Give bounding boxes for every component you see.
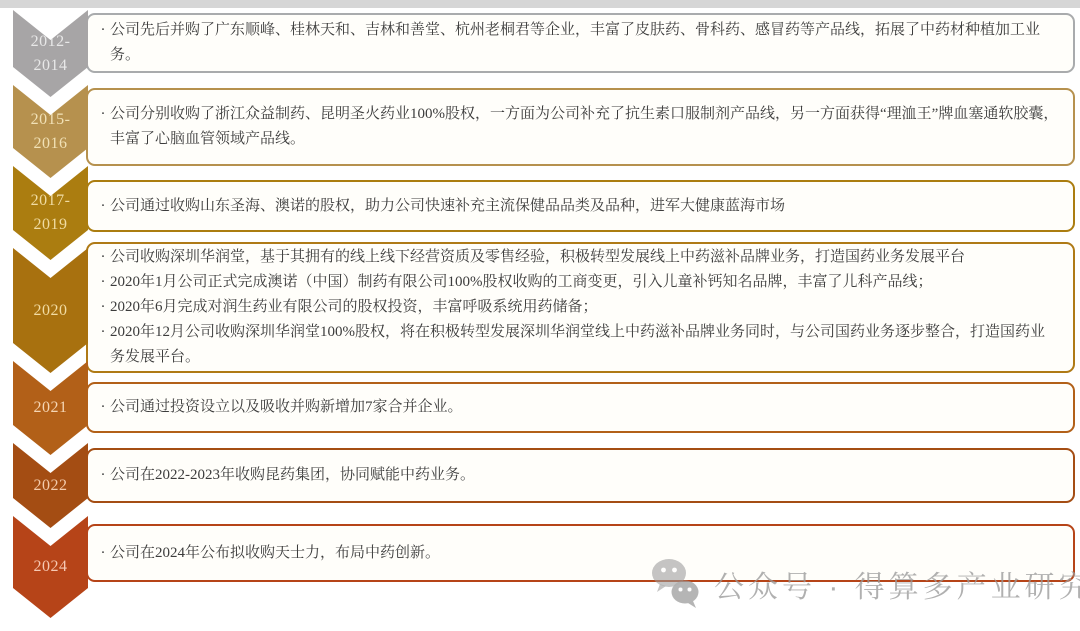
timeline-arrow-2012-2014: 2012-2014 [13, 10, 88, 97]
timeline-arrow-2020: 2020 [13, 248, 88, 373]
year-label-2024: 2024 [34, 555, 68, 579]
milestone-bullet: 公司在2022-2023年收购昆药集团，协同赋能中药业务。 [96, 463, 1059, 488]
milestone-box-2017-2019: 公司通过收购山东圣海、澳诺的股权，助力公司快速补充主流保健品品类及品种，进军大健… [86, 180, 1075, 232]
bullet-dot [96, 194, 110, 219]
milestone-bullet: 公司在2024年公布拟收购天士力，布局中药创新。 [96, 541, 1059, 566]
bullet-dot [96, 463, 110, 488]
milestone-text: 公司分别收购了浙江众益制药、昆明圣火药业100%股权，一方面为公司补充了抗生素口… [110, 102, 1059, 152]
milestone-text: 公司收购深圳华润堂，基于其拥有的线上线下经营资质及零售经验，积极转型发展线上中药… [110, 245, 1059, 270]
milestone-text: 公司在2022-2023年收购昆药集团，协同赋能中药业务。 [110, 463, 1059, 488]
milestone-text: 公司在2024年公布拟收购天士力，布局中药创新。 [110, 541, 1059, 566]
timeline-arrow-2024: 2024 [13, 516, 88, 618]
bullet-dot [96, 18, 110, 68]
milestone-bullet: 公司通过投资设立以及吸收并购新增加7家合并企业。 [96, 395, 1059, 420]
milestone-text: 2020年6月完成对润生药业有限公司的股权投资，丰富呼吸系统用药储备； [110, 295, 1059, 320]
milestone-box-2024: 公司在2024年公布拟收购天士力，布局中药创新。 [86, 524, 1075, 582]
timeline-arrow-2017-2019: 2017-2019 [13, 166, 88, 260]
milestone-bullet: 2020年1月公司正式完成澳诺（中国）制药有限公司100%股权收购的工商变更，引… [96, 270, 1059, 295]
milestone-box-2012-2014: 公司先后并购了广东顺峰、桂林天和、吉林和善堂、杭州老桐君等企业，丰富了皮肤药、骨… [86, 13, 1075, 73]
year-label-2015-2016: 2015-2016 [31, 108, 71, 156]
bullet-dot [96, 320, 110, 370]
bullet-dot [96, 102, 110, 152]
milestone-box-2015-2016: 公司分别收购了浙江众益制药、昆明圣火药业100%股权，一方面为公司补充了抗生素口… [86, 88, 1075, 166]
top-divider-bar [0, 0, 1080, 8]
bullet-dot [96, 541, 110, 566]
milestone-box-2021: 公司通过投资设立以及吸收并购新增加7家合并企业。 [86, 382, 1075, 433]
milestone-bullet: 公司分别收购了浙江众益制药、昆明圣火药业100%股权，一方面为公司补充了抗生素口… [96, 102, 1059, 152]
bullet-dot [96, 245, 110, 270]
year-label-2021: 2021 [34, 396, 68, 420]
year-label-2012-2014: 2012-2014 [31, 30, 71, 78]
year-label-2017-2019: 2017-2019 [31, 189, 71, 237]
milestone-text: 公司通过收购山东圣海、澳诺的股权，助力公司快速补充主流保健品品类及品种，进军大健… [110, 194, 1059, 219]
milestone-bullet: 公司收购深圳华润堂，基于其拥有的线上线下经营资质及零售经验，积极转型发展线上中药… [96, 245, 1059, 270]
timeline-arrow-2015-2016: 2015-2016 [13, 85, 88, 178]
bullet-dot [96, 395, 110, 420]
bullet-dot [96, 295, 110, 320]
milestone-box-2020: 公司收购深圳华润堂，基于其拥有的线上线下经营资质及零售经验，积极转型发展线上中药… [86, 242, 1075, 373]
milestone-text: 公司通过投资设立以及吸收并购新增加7家合并企业。 [110, 395, 1059, 420]
milestone-bullet: 2020年6月完成对润生药业有限公司的股权投资，丰富呼吸系统用药储备； [96, 295, 1059, 320]
milestone-box-2022: 公司在2022-2023年收购昆药集团，协同赋能中药业务。 [86, 448, 1075, 503]
milestone-bullet: 2020年12月公司收购深圳华润堂100%股权，将在积极转型发展深圳华润堂线上中… [96, 320, 1059, 370]
milestone-text: 公司先后并购了广东顺峰、桂林天和、吉林和善堂、杭州老桐君等企业，丰富了皮肤药、骨… [110, 18, 1059, 68]
bullet-dot [96, 270, 110, 295]
timeline-canvas: 2012-20142015-20162017-20192020202120222… [0, 0, 1080, 631]
year-label-2020: 2020 [34, 299, 68, 323]
year-label-2022: 2022 [34, 474, 68, 498]
milestone-bullet: 公司先后并购了广东顺峰、桂林天和、吉林和善堂、杭州老桐君等企业，丰富了皮肤药、骨… [96, 18, 1059, 68]
timeline-arrow-2022: 2022 [13, 443, 88, 528]
timeline-arrow-2021: 2021 [13, 361, 88, 455]
milestone-text: 2020年12月公司收购深圳华润堂100%股权，将在积极转型发展深圳华润堂线上中… [110, 320, 1059, 370]
milestone-text: 2020年1月公司正式完成澳诺（中国）制药有限公司100%股权收购的工商变更，引… [110, 270, 1059, 295]
milestone-bullet: 公司通过收购山东圣海、澳诺的股权，助力公司快速补充主流保健品品类及品种，进军大健… [96, 194, 1059, 219]
